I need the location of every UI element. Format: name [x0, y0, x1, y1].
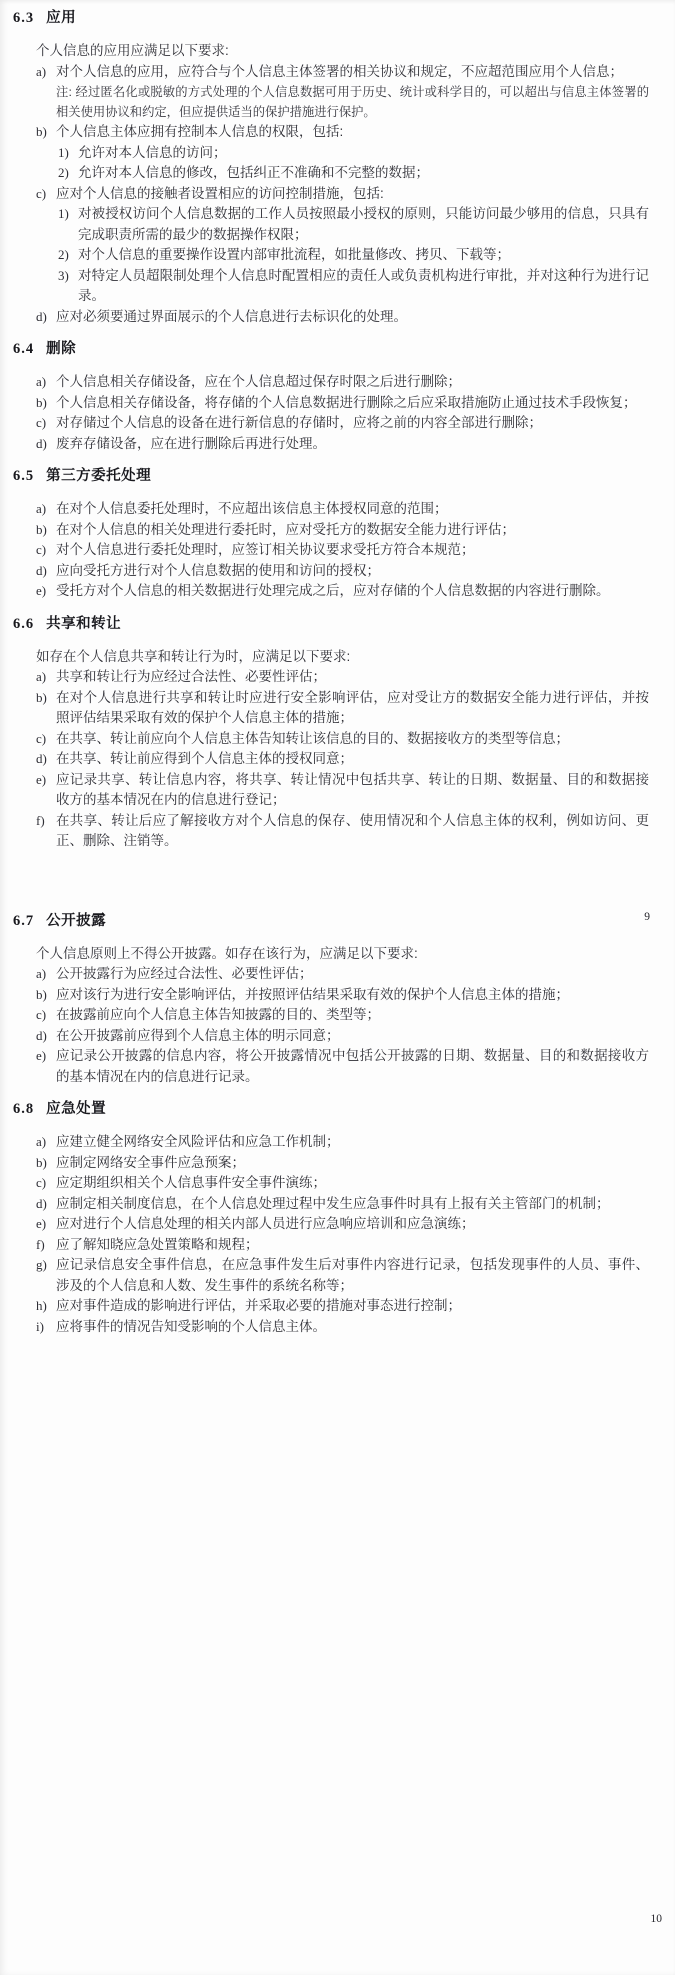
- section-number: 6.4: [13, 341, 34, 357]
- item-label: c): [36, 1173, 56, 1194]
- item-label: d): [36, 1026, 56, 1047]
- section-6.4: 6.4删除a)个人信息相关存储设备，应在个人信息超过保存时限之后进行删除；b)个…: [36, 339, 649, 454]
- list-item: a)应建立健全网络安全风险评估和应急工作机制；: [36, 1132, 649, 1153]
- subitem-label: 1): [58, 143, 78, 164]
- item-text: 应对事件造成的影响进行评估，并采取必要的措施对事态进行控制；: [56, 1296, 649, 1317]
- item-content-column: 应将事件的情况告知受影响的个人信息主体。: [56, 1317, 649, 1338]
- section-intro: 个人信息原则上不得公开披露。如存在该行为，应满足以下要求:: [36, 944, 649, 965]
- item-text: 应记录公开披露的信息内容，将公开披露情况中包括公开披露的日期、数据量、目的和数据…: [56, 1046, 649, 1087]
- item-text: 应对必须要通过界面展示的个人信息进行去标识化的处理。: [56, 307, 649, 328]
- item-content-column: 应记录公开披露的信息内容，将公开披露情况中包括公开披露的日期、数据量、目的和数据…: [56, 1046, 649, 1087]
- item-label: a): [36, 499, 56, 520]
- item-text: 应对个人信息的接触者设置相应的访问控制措施，包括:: [56, 184, 649, 205]
- section-title: 共享和转让: [46, 616, 121, 632]
- list-item: c)应定期组织相关个人信息事件安全事件演练；: [36, 1173, 649, 1194]
- item-text: 在共享、转让前应向个人信息主体告知转让该信息的目的、数据接收方的类型等信息；: [56, 729, 649, 750]
- list-item: d)应对必须要通过界面展示的个人信息进行去标识化的处理。: [36, 307, 649, 328]
- item-text: 应建立健全网络安全风险评估和应急工作机制；: [56, 1132, 649, 1153]
- item-content-column: 应制定网络安全事件应急预案；: [56, 1153, 649, 1174]
- subitem-text: 允许对本人信息的修改，包括纠正不准确和不完整的数据；: [78, 163, 649, 184]
- item-content-column: 在共享、转让后应了解接收方对个人信息的保存、使用情况和个人信息主体的权利，例如访…: [56, 811, 649, 852]
- item-content-column: 在对个人信息进行共享和转让时应进行安全影响评估，应对受让方的数据安全能力进行评估…: [56, 688, 649, 729]
- list-item: b)应对该行为进行安全影响评估，并按照评估结果采取有效的保护个人信息主体的措施；: [36, 985, 649, 1006]
- item-text: 在对个人信息委托处理时，不应超出该信息主体授权同意的范围；: [56, 499, 649, 520]
- page-number-9: 9: [644, 911, 650, 923]
- item-text: 应对进行个人信息处理的相关内部人员进行应急响应培训和应急演练；: [56, 1214, 649, 1235]
- item-label: d): [36, 307, 56, 328]
- section-6.5: 6.5第三方委托处理a)在对个人信息委托处理时，不应超出该信息主体授权同意的范围…: [36, 466, 649, 602]
- subitem-label: 2): [58, 163, 78, 184]
- section-title: 公开披露: [46, 913, 106, 929]
- item-content-column: 在公开披露前应得到个人信息主体的明示同意；: [56, 1026, 649, 1047]
- section-heading: 6.6共享和转让: [13, 614, 649, 634]
- item-text: 个人信息相关存储设备，将存储的个人信息数据进行删除之后应采取措施防止通过技术手段…: [56, 393, 649, 414]
- item-label: a): [36, 667, 56, 688]
- section-intro: 个人信息的应用应满足以下要求:: [36, 41, 649, 62]
- item-content-column: 应建立健全网络安全风险评估和应急工作机制；: [56, 1132, 649, 1153]
- item-text: 应向受托方进行对个人信息数据的使用和访问的授权；: [56, 561, 649, 582]
- item-label: i): [36, 1317, 56, 1338]
- list-item: b)个人信息主体应拥有控制本人信息的权限，包括:1)允许对本人信息的访问；2)允…: [36, 122, 649, 184]
- item-text: 应定期组织相关个人信息事件安全事件演练；: [56, 1173, 649, 1194]
- item-content-column: 在共享、转让前应向个人信息主体告知转让该信息的目的、数据接收方的类型等信息；: [56, 729, 649, 750]
- item-content-column: 个人信息相关存储设备，应在个人信息超过保存时限之后进行删除；: [56, 372, 649, 393]
- list-item: e)应对进行个人信息处理的相关内部人员进行应急响应培训和应急演练；: [36, 1214, 649, 1235]
- list-item: b)在对个人信息的相关处理进行委托时，应对受托方的数据安全能力进行评估；: [36, 520, 649, 541]
- item-text: 受托方对个人信息的相关数据进行处理完成之后，应对存储的个人信息数据的内容进行删除…: [56, 581, 649, 602]
- item-text: 个人信息相关存储设备，应在个人信息超过保存时限之后进行删除；: [56, 372, 649, 393]
- item-content-column: 个人信息相关存储设备，将存储的个人信息数据进行删除之后应采取措施防止通过技术手段…: [56, 393, 649, 414]
- item-label: f): [36, 811, 56, 832]
- item-content-column: 应对进行个人信息处理的相关内部人员进行应急响应培训和应急演练；: [56, 1214, 649, 1235]
- section-title: 第三方委托处理: [46, 468, 151, 484]
- sublist-item: 1)允许对本人信息的访问；: [56, 143, 649, 164]
- item-content-column: 个人信息主体应拥有控制本人信息的权限，包括:1)允许对本人信息的访问；2)允许对…: [56, 122, 649, 184]
- item-text: 在披露前应向个人信息主体告知披露的目的、类型等；: [56, 1005, 649, 1026]
- item-label: a): [36, 1132, 56, 1153]
- list-item: c)对个人信息进行委托处理时，应签订相关协议要求受托方符合本规范；: [36, 540, 649, 561]
- section-number: 6.3: [13, 10, 34, 26]
- item-content-column: 应记录信息安全事件信息，在应急事件发生后对事件内容进行记录，包括发现事件的人员、…: [56, 1255, 649, 1296]
- item-label: a): [36, 62, 56, 83]
- item-text: 应了解知晓应急处置策略和规程；: [56, 1235, 649, 1256]
- section-intro: 如存在个人信息共享和转让行为时，应满足以下要求:: [36, 647, 649, 668]
- item-content-column: 对个人信息进行委托处理时，应签订相关协议要求受托方符合本规范；: [56, 540, 649, 561]
- item-label: c): [36, 540, 56, 561]
- item-text: 对个人信息进行委托处理时，应签订相关协议要求受托方符合本规范；: [56, 540, 649, 561]
- section-title: 删除: [46, 341, 76, 357]
- item-label: c): [36, 184, 56, 205]
- item-content-column: 对存储过个人信息的设备在进行新信息的存储时，应将之前的内容全部进行删除；: [56, 413, 649, 434]
- list-item: c)在共享、转让前应向个人信息主体告知转让该信息的目的、数据接收方的类型等信息；: [36, 729, 649, 750]
- item-content-column: 在共享、转让前应得到个人信息主体的授权同意；: [56, 749, 649, 770]
- item-text: 在对个人信息进行共享和转让时应进行安全影响评估，应对受让方的数据安全能力进行评估…: [56, 688, 649, 729]
- section-heading: 6.8应急处置: [13, 1099, 649, 1119]
- section-title: 应用: [46, 10, 76, 26]
- item-label: c): [36, 1005, 56, 1026]
- list-item: d)在公开披露前应得到个人信息主体的明示同意；: [36, 1026, 649, 1047]
- item-content-column: 应记录共享、转让信息内容，将共享、转让情况中包括共享、转让的日期、数据量、目的和…: [56, 770, 649, 811]
- item-text: 应对该行为进行安全影响评估，并按照评估结果采取有效的保护个人信息主体的措施；: [56, 985, 649, 1006]
- item-label: d): [36, 1194, 56, 1215]
- list-item: c)在披露前应向个人信息主体告知披露的目的、类型等；: [36, 1005, 649, 1026]
- item-label: e): [36, 581, 56, 602]
- item-content-column: 应对个人信息的接触者设置相应的访问控制措施，包括:1)对被授权访问个人信息数据的…: [56, 184, 649, 307]
- item-text: 在共享、转让前应得到个人信息主体的授权同意；: [56, 749, 649, 770]
- item-text: 对个人信息的应用，应符合与个人信息主体签署的相关协议和规定，不应超范围应用个人信…: [56, 62, 649, 83]
- list-item: b)在对个人信息进行共享和转让时应进行安全影响评估，应对受让方的数据安全能力进行…: [36, 688, 649, 729]
- page-number-10: 10: [651, 1913, 663, 1925]
- list-item: a)在对个人信息委托处理时，不应超出该信息主体授权同意的范围；: [36, 499, 649, 520]
- list-item: b)应制定网络安全事件应急预案；: [36, 1153, 649, 1174]
- list-item: d)废弃存储设备，应在进行删除后再进行处理。: [36, 434, 649, 455]
- item-content-column: 受托方对个人信息的相关数据进行处理完成之后，应对存储的个人信息数据的内容进行删除…: [56, 581, 649, 602]
- subitem-text: 对特定人员超限制处理个人信息时配置相应的责任人或负责机构进行审批，并对这种行为进…: [78, 266, 649, 307]
- item-label: d): [36, 749, 56, 770]
- section-number: 6.5: [13, 468, 34, 484]
- section-6.7: 6.7公开披露个人信息原则上不得公开披露。如存在该行为，应满足以下要求:a)公开…: [36, 911, 649, 1088]
- section-6.8: 6.8应急处置a)应建立健全网络安全风险评估和应急工作机制；b)应制定网络安全事…: [36, 1099, 649, 1337]
- item-label: a): [36, 372, 56, 393]
- list-item: c)对存储过个人信息的设备在进行新信息的存储时，应将之前的内容全部进行删除；: [36, 413, 649, 434]
- list-item: a)共享和转让行为应经过合法性、必要性评估；: [36, 667, 649, 688]
- item-content-column: 公开披露行为应经过合法性、必要性评估；: [56, 964, 649, 985]
- item-text: 应记录信息安全事件信息，在应急事件发生后对事件内容进行记录，包括发现事件的人员、…: [56, 1255, 649, 1296]
- item-content-column: 应对事件造成的影响进行评估，并采取必要的措施对事态进行控制；: [56, 1296, 649, 1317]
- item-label: e): [36, 1046, 56, 1067]
- item-content-column: 在披露前应向个人信息主体告知披露的目的、类型等；: [56, 1005, 649, 1026]
- item-label: c): [36, 413, 56, 434]
- section-heading: 6.7公开披露: [13, 911, 649, 931]
- item-content-column: 共享和转让行为应经过合法性、必要性评估；: [56, 667, 649, 688]
- section-number: 6.6: [13, 616, 34, 632]
- list-item: f)应了解知晓应急处置策略和规程；: [36, 1235, 649, 1256]
- item-label: d): [36, 434, 56, 455]
- item-text: 应制定网络安全事件应急预案；: [56, 1153, 649, 1174]
- item-content-column: 应对该行为进行安全影响评估，并按照评估结果采取有效的保护个人信息主体的措施；: [56, 985, 649, 1006]
- item-content-column: 应了解知晓应急处置策略和规程；: [56, 1235, 649, 1256]
- sublist-item: 2)允许对本人信息的修改，包括纠正不准确和不完整的数据；: [56, 163, 649, 184]
- item-text: 在共享、转让后应了解接收方对个人信息的保存、使用情况和个人信息主体的权利，例如访…: [56, 811, 649, 852]
- page-10-content: 6.7公开披露个人信息原则上不得公开披露。如存在该行为，应满足以下要求:a)公开…: [0, 852, 675, 1338]
- list-item: e)受托方对个人信息的相关数据进行处理完成之后，应对存储的个人信息数据的内容进行…: [36, 581, 649, 602]
- item-label: g): [36, 1255, 56, 1276]
- section-number: 6.8: [13, 1101, 34, 1117]
- section-heading: 6.4删除: [13, 339, 649, 359]
- list-item: d)应制定相关制度信息，在个人信息处理过程中发生应急事件时具有上报有关主管部门的…: [36, 1194, 649, 1215]
- section-6.3: 6.3应用个人信息的应用应满足以下要求:a)对个人信息的应用，应符合与个人信息主…: [36, 8, 649, 327]
- list-item: g)应记录信息安全事件信息，在应急事件发生后对事件内容进行记录，包括发现事件的人…: [36, 1255, 649, 1296]
- item-text: 在公开披露前应得到个人信息主体的明示同意；: [56, 1026, 649, 1047]
- subitem-text: 对个人信息的重要操作设置内部审批流程，如批量修改、拷贝、下载等；: [78, 245, 649, 266]
- item-text: 共享和转让行为应经过合法性、必要性评估；: [56, 667, 649, 688]
- item-text: 应将事件的情况告知受影响的个人信息主体。: [56, 1317, 649, 1338]
- item-label: b): [36, 985, 56, 1006]
- list-item: a)公开披露行为应经过合法性、必要性评估；: [36, 964, 649, 985]
- item-label: e): [36, 1214, 56, 1235]
- list-item: f)在共享、转让后应了解接收方对个人信息的保存、使用情况和个人信息主体的权利，例…: [36, 811, 649, 852]
- list-item: e)应记录共享、转让信息内容，将共享、转让情况中包括共享、转让的日期、数据量、目…: [36, 770, 649, 811]
- item-label: c): [36, 729, 56, 750]
- item-text: 对存储过个人信息的设备在进行新信息的存储时，应将之前的内容全部进行删除；: [56, 413, 649, 434]
- item-label: b): [36, 520, 56, 541]
- sublist-item: 1)对被授权访问个人信息数据的工作人员按照最小授权的原则，只能访问最少够用的信息…: [56, 204, 649, 245]
- document-canvas: 6.3应用个人信息的应用应满足以下要求:a)对个人信息的应用，应符合与个人信息主…: [0, 0, 675, 1975]
- item-label: d): [36, 561, 56, 582]
- subitem-label: 3): [58, 266, 78, 287]
- item-label: b): [36, 1153, 56, 1174]
- section-title: 应急处置: [46, 1101, 106, 1117]
- page-9-content: 6.3应用个人信息的应用应满足以下要求:a)对个人信息的应用，应符合与个人信息主…: [0, 0, 675, 852]
- list-item: b)个人信息相关存储设备，将存储的个人信息数据进行删除之后应采取措施防止通过技术…: [36, 393, 649, 414]
- item-content-column: 废弃存储设备，应在进行删除后再进行处理。: [56, 434, 649, 455]
- item-label: b): [36, 122, 56, 143]
- item-text: 公开披露行为应经过合法性、必要性评估；: [56, 964, 649, 985]
- section-heading: 6.3应用: [13, 8, 649, 28]
- list-item: a)对个人信息的应用，应符合与个人信息主体签署的相关协议和规定，不应超范围应用个…: [36, 62, 649, 123]
- item-content-column: 应对必须要通过界面展示的个人信息进行去标识化的处理。: [56, 307, 649, 328]
- item-label: h): [36, 1296, 56, 1317]
- item-content-column: 应向受托方进行对个人信息数据的使用和访问的授权；: [56, 561, 649, 582]
- subitem-text: 允许对本人信息的访问；: [78, 143, 649, 164]
- item-text: 个人信息主体应拥有控制本人信息的权限，包括:: [56, 122, 649, 143]
- list-item: a)个人信息相关存储设备，应在个人信息超过保存时限之后进行删除；: [36, 372, 649, 393]
- item-text: 应记录共享、转让信息内容，将共享、转让情况中包括共享、转让的日期、数据量、目的和…: [56, 770, 649, 811]
- list-item: c)应对个人信息的接触者设置相应的访问控制措施，包括:1)对被授权访问个人信息数…: [36, 184, 649, 307]
- item-content-column: 在对个人信息的相关处理进行委托时，应对受托方的数据安全能力进行评估；: [56, 520, 649, 541]
- item-text: 废弃存储设备，应在进行删除后再进行处理。: [56, 434, 649, 455]
- sublist-item: 2)对个人信息的重要操作设置内部审批流程，如批量修改、拷贝、下载等；: [56, 245, 649, 266]
- subitem-label: 1): [58, 204, 78, 225]
- item-label: e): [36, 770, 56, 791]
- list-item: d)应向受托方进行对个人信息数据的使用和访问的授权；: [36, 561, 649, 582]
- list-item: i)应将事件的情况告知受影响的个人信息主体。: [36, 1317, 649, 1338]
- sublist-item: 3)对特定人员超限制处理个人信息时配置相应的责任人或负责机构进行审批，并对这种行…: [56, 266, 649, 307]
- item-content-column: 应定期组织相关个人信息事件安全事件演练；: [56, 1173, 649, 1194]
- item-content-column: 应制定相关制度信息，在个人信息处理过程中发生应急事件时具有上报有关主管部门的机制…: [56, 1194, 649, 1215]
- section-number: 6.7: [13, 913, 34, 929]
- item-label: a): [36, 964, 56, 985]
- item-note: 注: 经过匿名化或脱敏的方式处理的个人信息数据可用于历史、统计或科学目的，可以超…: [56, 82, 649, 122]
- item-label: b): [36, 393, 56, 414]
- list-item: e)应记录公开披露的信息内容，将公开披露情况中包括公开披露的日期、数据量、目的和…: [36, 1046, 649, 1087]
- item-label: b): [36, 688, 56, 709]
- list-item: d)在共享、转让前应得到个人信息主体的授权同意；: [36, 749, 649, 770]
- item-content-column: 在对个人信息委托处理时，不应超出该信息主体授权同意的范围；: [56, 499, 649, 520]
- section-heading: 6.5第三方委托处理: [13, 466, 649, 486]
- item-label: f): [36, 1235, 56, 1256]
- subitem-text: 对被授权访问个人信息数据的工作人员按照最小授权的原则，只能访问最少够用的信息，只…: [78, 204, 649, 245]
- section-6.6: 6.6共享和转让如存在个人信息共享和转让行为时，应满足以下要求:a)共享和转让行…: [36, 614, 649, 852]
- item-content-column: 对个人信息的应用，应符合与个人信息主体签署的相关协议和规定，不应超范围应用个人信…: [56, 62, 649, 123]
- item-text: 在对个人信息的相关处理进行委托时，应对受托方的数据安全能力进行评估；: [56, 520, 649, 541]
- item-text: 应制定相关制度信息，在个人信息处理过程中发生应急事件时具有上报有关主管部门的机制…: [56, 1194, 649, 1215]
- subitem-label: 2): [58, 245, 78, 266]
- list-item: h)应对事件造成的影响进行评估，并采取必要的措施对事态进行控制；: [36, 1296, 649, 1317]
